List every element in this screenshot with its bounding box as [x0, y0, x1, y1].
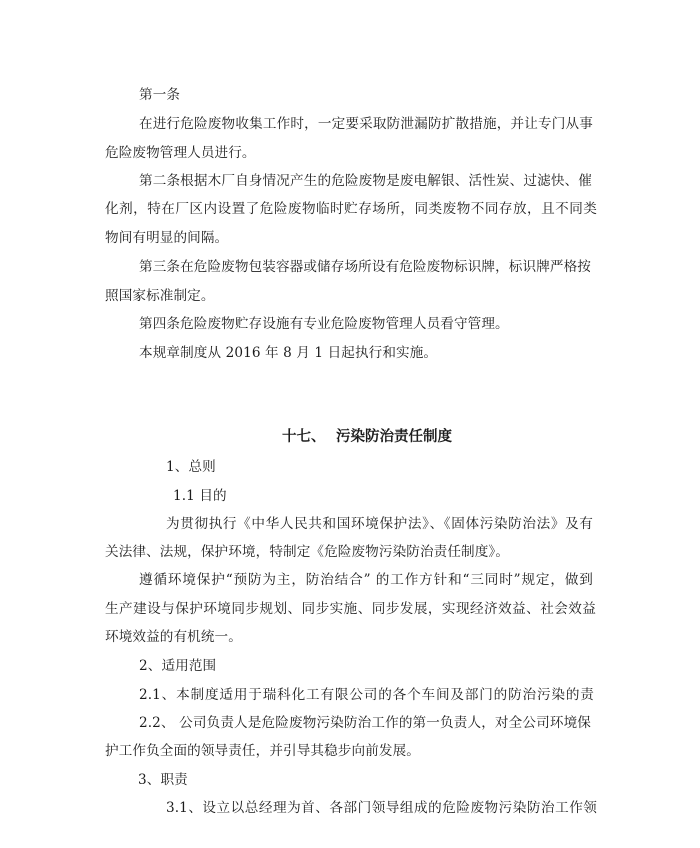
paragraph-line: 第三条在危险废物包装容器或储存场所设有危险废物标识牌，标识牌严格按: [139, 257, 591, 277]
paragraph-line: 3.1、设立以总经理为首、各部门领导组成的危险废物污染防治工作领导: [166, 798, 597, 818]
paragraph-line: 化剂，特在厂区内设置了危险废物临时贮存场所，同类废物不同存放，且不同类废: [105, 199, 597, 219]
section-number: 十七、: [282, 426, 326, 448]
paragraph-line: 2.2、 公司负责人是危险废物污染防治工作的第一负责人，对全公司环境保: [139, 713, 591, 733]
paragraph-line: 物间有明显的间隔。: [105, 228, 228, 248]
subheading-general: 1、总则: [166, 457, 216, 477]
document-page: 第一条 在进行危险废物收集工作时，一定要采取防泄漏防扩散措施，并让专门从事 危险…: [0, 0, 700, 848]
paragraph-line: 生产建设与保护环境同步规划、同步实施、同步发展，实现经济效益、社会效益和: [105, 599, 596, 619]
article-1-heading: 第一条: [139, 85, 180, 105]
paragraph-line: 护工作负全面的领导责任，并引导其稳步向前发展。: [105, 741, 420, 761]
paragraph-line: 危险废物管理人员进行。: [105, 143, 256, 163]
paragraph-line: 2.1、本制度适用于瑞科化工有限公司的各个车间及部门的防治污染的责任。: [139, 685, 594, 705]
subheading-scope: 2、适用范围: [139, 656, 216, 676]
section-title: 污染防治责任制度: [336, 426, 452, 448]
paragraph-line: 为贯彻执行《中华人民共和国环境保护法》、《固体污染防治法》及有: [166, 514, 593, 534]
paragraph-line: 照国家标准制定。: [105, 286, 215, 306]
effective-date-line: 本规章制度从 2016 年 8 月 1 日起执行和实施。: [139, 343, 437, 363]
paragraph-line: 关法律、法规，保护环境，特制定《危险废物污染防治责任制度》。: [105, 542, 509, 562]
paragraph-line: 第二条根据木厂自身情况产生的危险废物是废电解银、活性炭、过滤快、催: [139, 171, 592, 191]
paragraph-line: 第四条危险废物贮存设施有专业危险废物管理人员看守管理。: [139, 314, 509, 334]
subheading-duties: 3、职责: [138, 770, 188, 790]
paragraph-line: 遵循环境保护“预防为主，防治结合” 的工作方针和“三同时”规定，做到: [139, 570, 593, 590]
paragraph-line: 环境效益的有机统一。: [105, 627, 242, 647]
subheading-purpose: 1.1 目的: [173, 486, 227, 506]
paragraph-line: 在进行危险废物收集工作时，一定要采取防泄漏防扩散措施，并让专门从事: [139, 114, 593, 134]
